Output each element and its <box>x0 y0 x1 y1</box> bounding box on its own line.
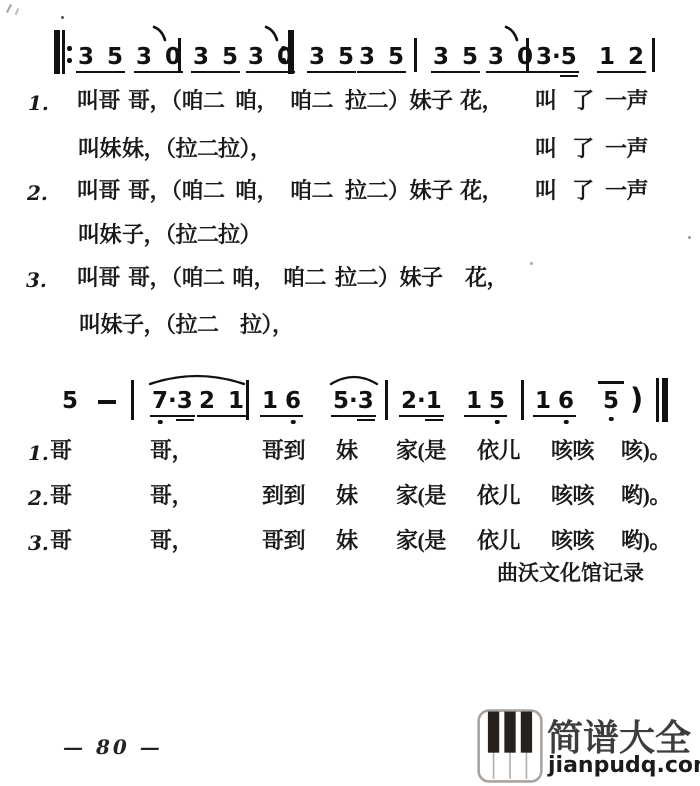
note-group: 5 <box>60 388 80 415</box>
lyric-segment: 一声 <box>605 178 648 204</box>
note-low-octave: 5 <box>603 388 619 414</box>
lyric-segment: 叫妹 <box>78 136 121 162</box>
note: 3 <box>358 388 374 414</box>
note-group: 3 0 <box>134 44 183 73</box>
lyric-segment: 到到 <box>262 483 305 509</box>
scan-speck <box>61 16 64 19</box>
repeat-dots <box>281 44 286 66</box>
lyric-segment: 哟)。 <box>621 483 671 509</box>
note: 1 <box>466 388 482 414</box>
lyric-segment: 了 <box>572 136 594 162</box>
lyric-segment: 咱二 <box>290 88 333 114</box>
piano-keys-icon <box>477 709 543 783</box>
augmentation-dot: · <box>417 388 426 414</box>
lyric-segment: 妹 <box>336 483 358 509</box>
lyric-segment: 叫 <box>535 136 557 162</box>
lyric-segment: 花， <box>460 178 503 204</box>
note-group-dotted: 3·5 <box>534 44 579 73</box>
lyric-segment: 妹，（拉二 <box>122 136 219 162</box>
lyric-segment: 咳咳 <box>551 483 594 509</box>
note-low-octave: 6 <box>285 388 301 414</box>
lyric-segment: 咳)。 <box>621 438 671 464</box>
note-group-dotted: 2·1 <box>399 388 444 417</box>
lyric-segment: 哟)。 <box>621 528 671 554</box>
lyric-segment: 哥， <box>150 528 193 554</box>
barline <box>246 380 249 420</box>
overline <box>598 381 624 384</box>
slur-icon <box>329 372 379 387</box>
lyric-segment: 一声 <box>605 88 648 114</box>
lyric-segment: 依儿 <box>477 528 520 554</box>
note-group: 3 5 <box>76 44 125 73</box>
lyric-segment: 咱， <box>235 178 278 204</box>
closing-paren: ) <box>630 384 643 414</box>
note-group: 3 5 <box>431 44 480 73</box>
verse-number: 2. <box>28 485 49 511</box>
lyric-segment: 妹 <box>336 528 358 554</box>
note: 1 <box>426 388 442 414</box>
lyric-segment: 哥， <box>150 483 193 509</box>
sheet-music-page: 3 5 3 0 3 5 3 0 3 5 3 5 3 5 3 0 3·5 1 2 … <box>0 0 700 786</box>
lyric-segment: 拉）， <box>218 136 272 162</box>
repeat-open-barline-thin <box>62 30 65 74</box>
note-group: 2 1 <box>197 388 246 417</box>
note: 3 <box>536 44 552 70</box>
note-group: 16 <box>533 388 576 417</box>
lyric-segment: 哥，（咱二 <box>128 88 225 114</box>
lyric-segment: 拉二）妹子 <box>345 178 453 204</box>
duration-dash <box>98 400 116 404</box>
note-group: 3 5 <box>307 44 356 73</box>
note: 1 <box>262 388 278 414</box>
lyric-segment: 哥 <box>50 438 72 464</box>
lyric-segment: 哥 <box>50 483 72 509</box>
note-group-dotted: 7·3 <box>150 388 195 417</box>
lyric-segment: 咱二 <box>283 265 326 291</box>
verse-number: 1. <box>28 90 49 116</box>
note: 2 <box>401 388 417 414</box>
lyric-segment: 咳咳 <box>551 528 594 554</box>
scan-speck <box>6 4 12 13</box>
lyric-segment: 家(是 <box>396 438 446 464</box>
lyric-segment: 子，（拉二 <box>122 222 219 248</box>
note-group: 5 <box>601 388 621 415</box>
lyric-segment: 咱二 <box>290 178 333 204</box>
lyric-segment: 哥 <box>50 528 72 554</box>
final-barline-thin <box>656 378 659 422</box>
grace-tick-icon <box>152 25 168 42</box>
transcription-credit: 曲沃文化馆记录 <box>497 557 644 587</box>
barline <box>414 38 417 72</box>
repeat-open-barline <box>54 30 60 74</box>
lyric-segment: 哥到 <box>262 528 305 554</box>
scan-speck <box>15 8 19 15</box>
augmentation-dot: · <box>552 44 561 70</box>
augmentation-dot: · <box>349 388 358 414</box>
lyric-segment: 花， <box>460 88 503 114</box>
lyric-segment: 花， <box>465 265 508 291</box>
lyric-segment: 咱， <box>235 88 278 114</box>
lyric-segment: 一声 <box>605 136 648 162</box>
verse-number: 1. <box>28 440 49 466</box>
barline <box>178 38 181 72</box>
barline <box>131 380 134 420</box>
verse-number: 2. <box>27 180 48 206</box>
lyric-segment: 拉二）妹子 <box>345 88 453 114</box>
augmentation-dot: · <box>168 388 177 414</box>
lyric-segment: 依儿 <box>477 438 520 464</box>
note: 5 <box>333 388 349 414</box>
lyric-segment: 家(是 <box>396 528 446 554</box>
lyric-segment: 叫妹 <box>78 222 121 248</box>
lyric-segment: 咳咳 <box>551 438 594 464</box>
lyric-segment: 拉）， <box>240 312 294 338</box>
note: 3 <box>177 388 193 414</box>
lyric-segment: 咱， <box>232 265 275 291</box>
slur-icon <box>148 370 246 387</box>
lyric-segment: 哥到 <box>262 438 305 464</box>
note-group: 3 5 <box>357 44 406 73</box>
page-number: — 80 — <box>63 735 163 759</box>
lyric-segment: 了 <box>572 178 594 204</box>
lyric-segment: 叫哥 <box>77 88 120 114</box>
lyric-segment: 叫妹子，（拉二 <box>79 312 219 338</box>
lyric-segment: 叫 <box>535 88 557 114</box>
note-group: 3 5 <box>191 44 240 73</box>
lyric-segment: 妹 <box>336 438 358 464</box>
note-group: 16 <box>260 388 303 417</box>
lyric-segment: 叫哥 <box>77 178 120 204</box>
lyric-segment: 依儿 <box>477 483 520 509</box>
lyric-segment: 叫哥 <box>77 265 120 291</box>
note-group-dotted: 5·3 <box>331 388 376 417</box>
lyric-segment: 拉） <box>218 222 261 248</box>
repeat-dots <box>67 44 72 66</box>
grace-tick-icon <box>264 25 280 42</box>
note: 1 <box>535 388 551 414</box>
logo-domain: jianpudq.com <box>548 753 700 778</box>
jianpudq-logo[interactable]: 简谱大全 jianpudq.com <box>477 707 693 783</box>
barline <box>526 38 529 72</box>
lyric-segment: 哥，（咱二 <box>128 178 225 204</box>
repeat-close-barline <box>288 30 294 74</box>
barline <box>385 380 388 420</box>
lyric-segment: 拉二）妹子 <box>335 265 443 291</box>
note-low-octave: 5 <box>489 388 505 414</box>
lyric-segment: 叫 <box>535 178 557 204</box>
lyric-segment: 了 <box>572 88 594 114</box>
lyric-segment: 哥， <box>150 438 193 464</box>
note-group: 1 2 <box>597 44 646 73</box>
verse-number: 3. <box>28 530 49 556</box>
note-low-octave: 6 <box>558 388 574 414</box>
note-low-octave: 7 <box>152 388 168 414</box>
scan-speck <box>688 236 691 239</box>
note: 5 <box>561 44 577 70</box>
barline <box>521 380 524 420</box>
verse-number: 3. <box>26 267 47 293</box>
lyric-segment: 哥，（咱二 <box>128 265 225 291</box>
final-barline-thick <box>662 378 668 422</box>
note-group: 15 <box>464 388 507 417</box>
barline <box>652 38 655 72</box>
scan-speck <box>530 262 533 265</box>
lyric-segment: 家(是 <box>396 483 446 509</box>
grace-tick-icon <box>504 25 520 42</box>
